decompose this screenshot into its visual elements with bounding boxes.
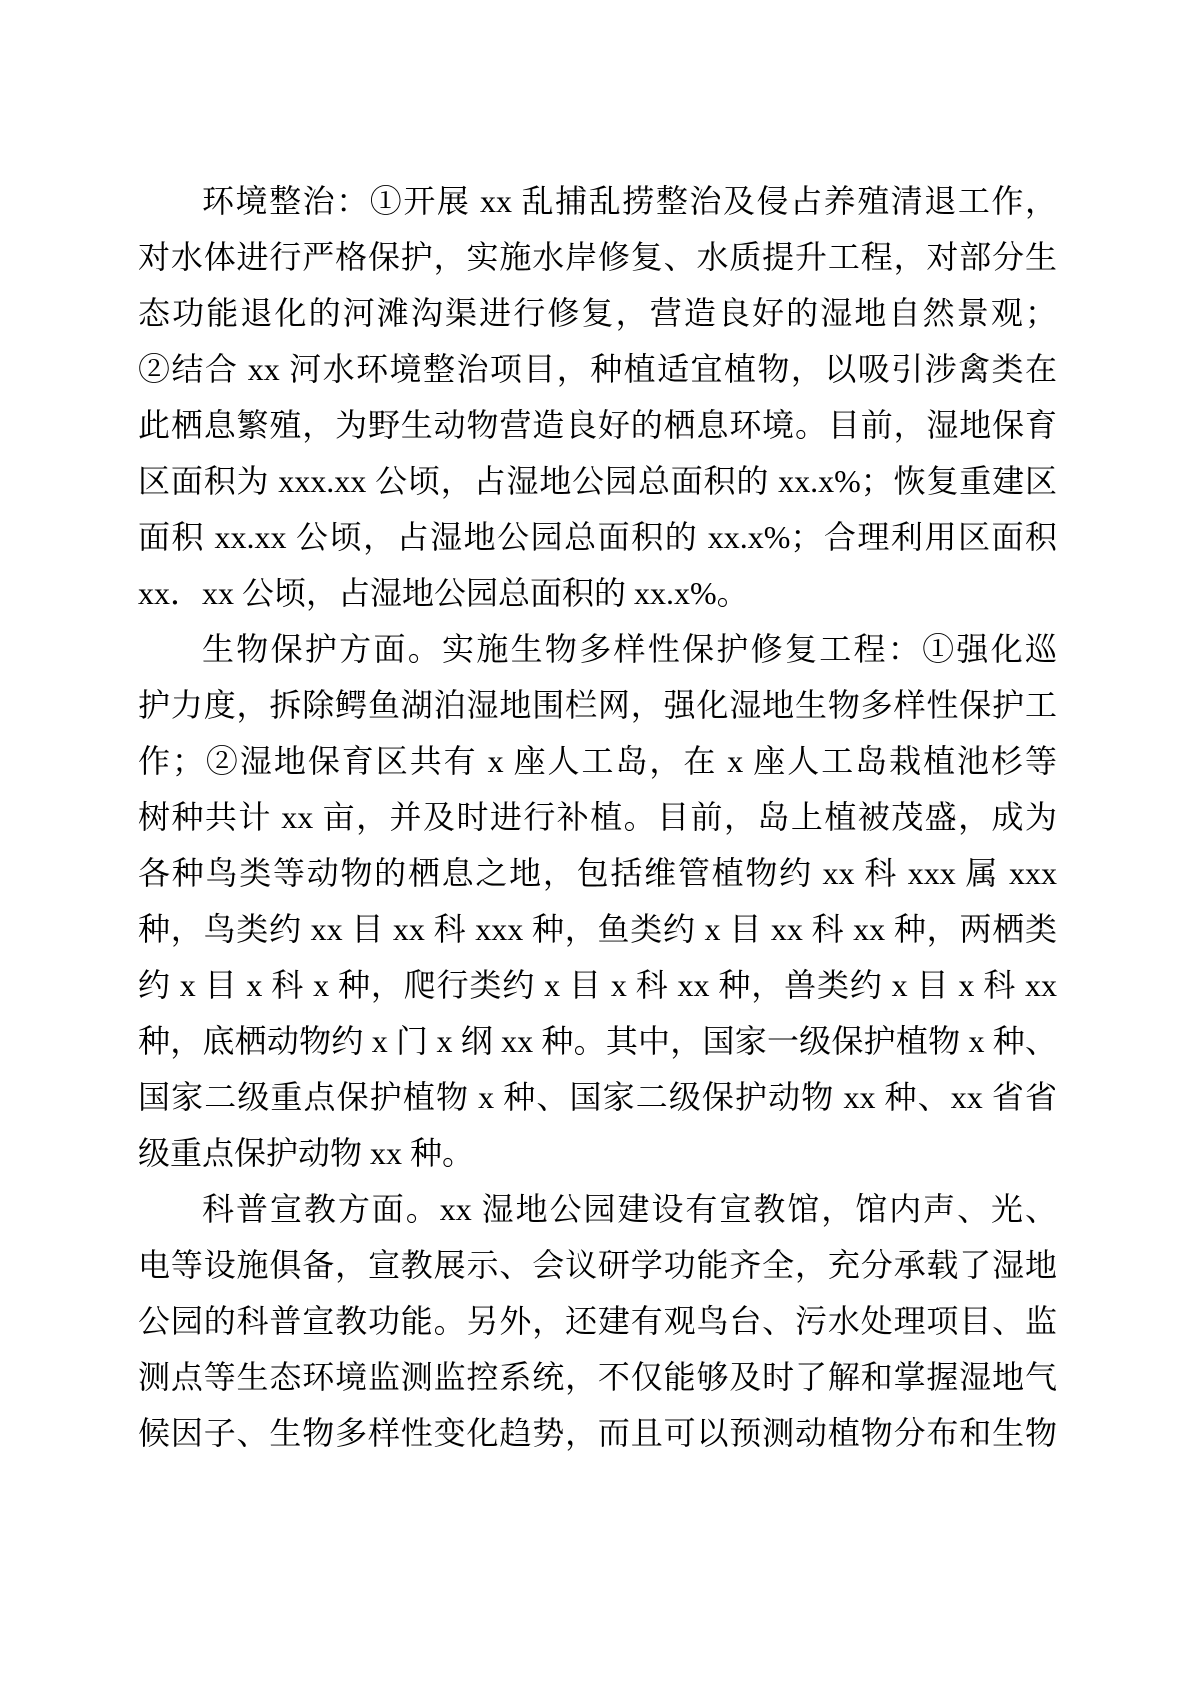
paragraph-environment-remediation: 环境整治：①开展 xx 乱捕乱捞整治及侵占养殖清退工作， 对水体进行严格保护，实… (138, 173, 1057, 621)
document-line: 科普宣教方面。xx 湿地公园建设有宣教馆，馆内声、光、 (138, 1181, 1057, 1237)
document-line: 生物保护方面。实施生物多样性保护修复工程：①强化巡 (138, 621, 1057, 677)
document-line: 对水体进行严格保护，实施水岸修复、水质提升工程，对部分生 (138, 229, 1057, 285)
document-line: 环境整治：①开展 xx 乱捕乱捞整治及侵占养殖清退工作， (138, 173, 1057, 229)
document-line: 候因子、生物多样性变化趋势，而且可以预测动植物分布和生物 (138, 1405, 1057, 1461)
document-line: 态功能退化的河滩沟渠进行修复，营造良好的湿地自然景观； (138, 285, 1057, 341)
paragraph-biological-protection: 生物保护方面。实施生物多样性保护修复工程：①强化巡 护力度，拆除鳄鱼湖泊湿地围栏… (138, 621, 1057, 1181)
document-line: 公园的科普宣教功能。另外，还建有观鸟台、污水处理项目、监 (138, 1293, 1057, 1349)
document-line: 各种鸟类等动物的栖息之地，包括维管植物约 xx 科 xxx 属 xxx (138, 845, 1057, 901)
document-line: 护力度，拆除鳄鱼湖泊湿地围栏网，强化湿地生物多样性保护工 (138, 677, 1057, 733)
document-line: ②结合 xx 河水环境整治项目，种植适宜植物，以吸引涉禽类在 (138, 341, 1057, 397)
document-line: 种，底栖动物约 x 门 x 纲 xx 种。其中，国家一级保护植物 x 种、 (138, 1013, 1057, 1069)
document-line: 树种共计 xx 亩，并及时进行补植。目前，岛上植被茂盛，成为 (138, 789, 1057, 845)
document-line: 作；②湿地保育区共有 x 座人工岛，在 x 座人工岛栽植池杉等 (138, 733, 1057, 789)
document-line: 此栖息繁殖，为野生动物营造良好的栖息环境。目前，湿地保育 (138, 397, 1057, 453)
document-line: 级重点保护动物 xx 种。 (138, 1125, 1057, 1181)
document-line: 区面积为 xxx.xx 公顷，占湿地公园总面积的 xx.x%；恢复重建区 (138, 453, 1057, 509)
document-line: 面积 xx.xx 公顷，占湿地公园总面积的 xx.x%；合理利用区面积 (138, 509, 1057, 565)
document-line: 约 x 目 x 科 x 种，爬行类约 x 目 x 科 xx 种，兽类约 x 目 … (138, 957, 1057, 1013)
document-page: 环境整治：①开展 xx 乱捕乱捞整治及侵占养殖清退工作， 对水体进行严格保护，实… (0, 0, 1190, 1683)
document-line: 国家二级重点保护植物 x 种、国家二级保护动物 xx 种、xx 省省 (138, 1069, 1057, 1125)
document-line: xx．xx 公顷，占湿地公园总面积的 xx.x%。 (138, 565, 1057, 621)
paragraph-science-education: 科普宣教方面。xx 湿地公园建设有宣教馆，馆内声、光、 电等设施俱备，宣教展示、… (138, 1181, 1057, 1461)
document-line: 种，鸟类约 xx 目 xx 科 xxx 种，鱼类约 x 目 xx 科 xx 种，… (138, 901, 1057, 957)
document-line: 电等设施俱备，宣教展示、会议研学功能齐全，充分承载了湿地 (138, 1237, 1057, 1293)
document-line: 测点等生态环境监测监控系统，不仅能够及时了解和掌握湿地气 (138, 1349, 1057, 1405)
